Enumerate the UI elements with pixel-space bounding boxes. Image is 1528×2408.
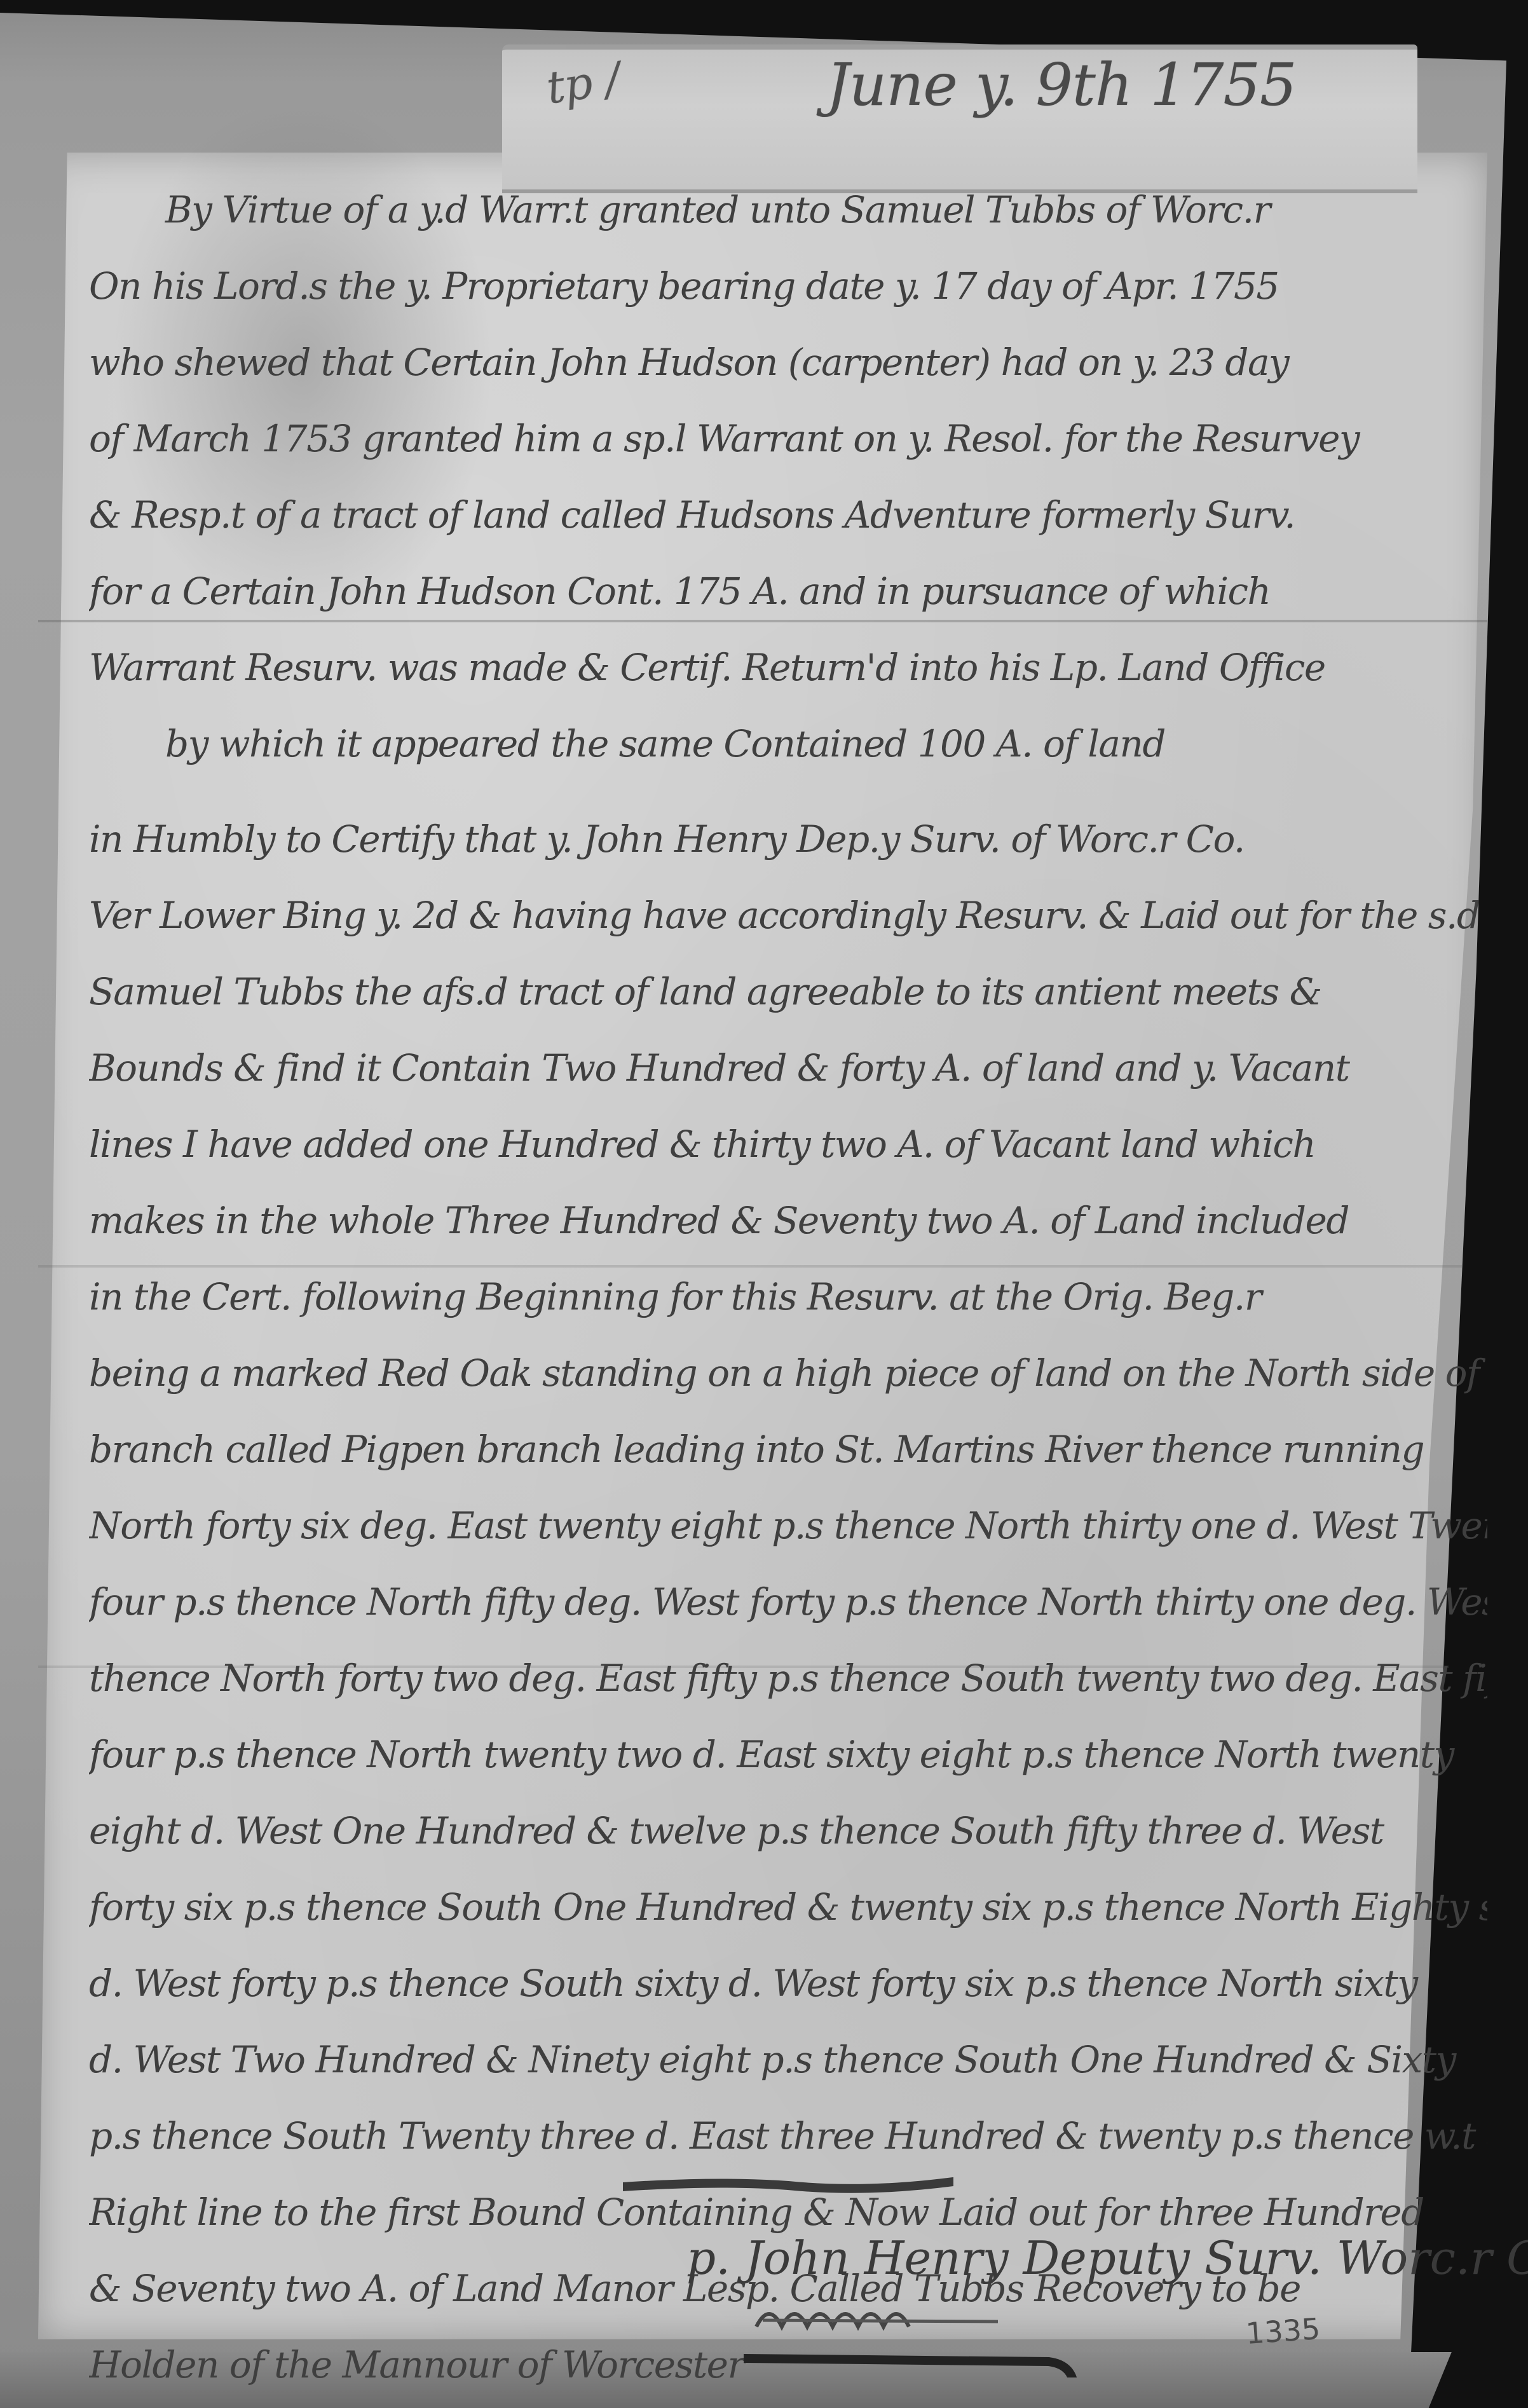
surveyor-signature: p. John Henry Deputy Surv. Worc.r Co.	[686, 2231, 1528, 2285]
body-line: Bounds & find it Contain Two Hundred & f…	[89, 1030, 1487, 1106]
document-date: June y. 9th 1755	[826, 51, 1296, 119]
body-line: lines I have added one Hundred & thirty …	[89, 1106, 1487, 1182]
body-line: & Resp.t of a tract of land called Hudso…	[89, 477, 1487, 553]
body-line: of March 1753 granted him a sp.l Warrant…	[89, 400, 1487, 477]
body-line: branch called Pigpen branch leading into…	[89, 1411, 1487, 1488]
body-line: d. West Two Hundred & Ninety eight p.s t…	[89, 2021, 1487, 2098]
body-line: four p.s thence North twenty two d. East…	[89, 1716, 1487, 1793]
body-line: Samuel Tubbs the afs.d tract of land agr…	[89, 954, 1487, 1030]
document-body: By Virtue of a y.d Warr.t granted unto S…	[89, 172, 1487, 2403]
body-line: forty six p.s thence South One Hundred &…	[89, 1869, 1487, 1945]
body-line: North forty six deg. East twenty eight p…	[89, 1488, 1487, 1564]
signature-block: p. John Henry Deputy Surv. Worc.r Co.	[686, 2231, 1528, 2285]
signature-flourish-icon	[744, 2301, 1100, 2377]
body-line: makes in the whole Three Hundred & Seven…	[89, 1182, 1487, 1259]
body-line: eight d. West One Hundred & twelve p.s t…	[89, 1793, 1487, 1869]
body-line: for a Certain John Hudson Cont. 175 A. a…	[89, 553, 1487, 629]
body-line: who shewed that Certain John Hudson (car…	[89, 324, 1487, 400]
body-line: Warrant Resurv. was made & Certif. Retur…	[89, 629, 1487, 706]
body-line: in Humbly to Certify that y. John Henry …	[89, 801, 1487, 877]
archive-number: 1335	[1245, 2311, 1321, 2351]
body-line: p.s thence South Twenty three d. East th…	[89, 2098, 1487, 2174]
body-line: being a marked Red Oak standing on a hig…	[89, 1335, 1487, 1411]
body-line: thence North forty two deg. East fifty p…	[89, 1640, 1487, 1716]
body-line: in the Cert. following Beginning for thi…	[89, 1259, 1487, 1335]
closing-flourish-icon	[623, 2168, 953, 2206]
body-line: On his Lord.s the y. Proprietary bearing…	[89, 248, 1487, 324]
body-line: four p.s thence North fifty deg. West fo…	[89, 1564, 1487, 1640]
body-line: Ver Lower Bing y. 2d & having have accor…	[89, 877, 1487, 954]
body-line: by which it appeared the same Contained …	[89, 706, 1487, 782]
docket-mark: tp /	[543, 52, 623, 114]
body-line: d. West forty p.s thence South sixty d. …	[89, 1945, 1487, 2021]
body-line: By Virtue of a y.d Warr.t granted unto S…	[89, 172, 1487, 248]
